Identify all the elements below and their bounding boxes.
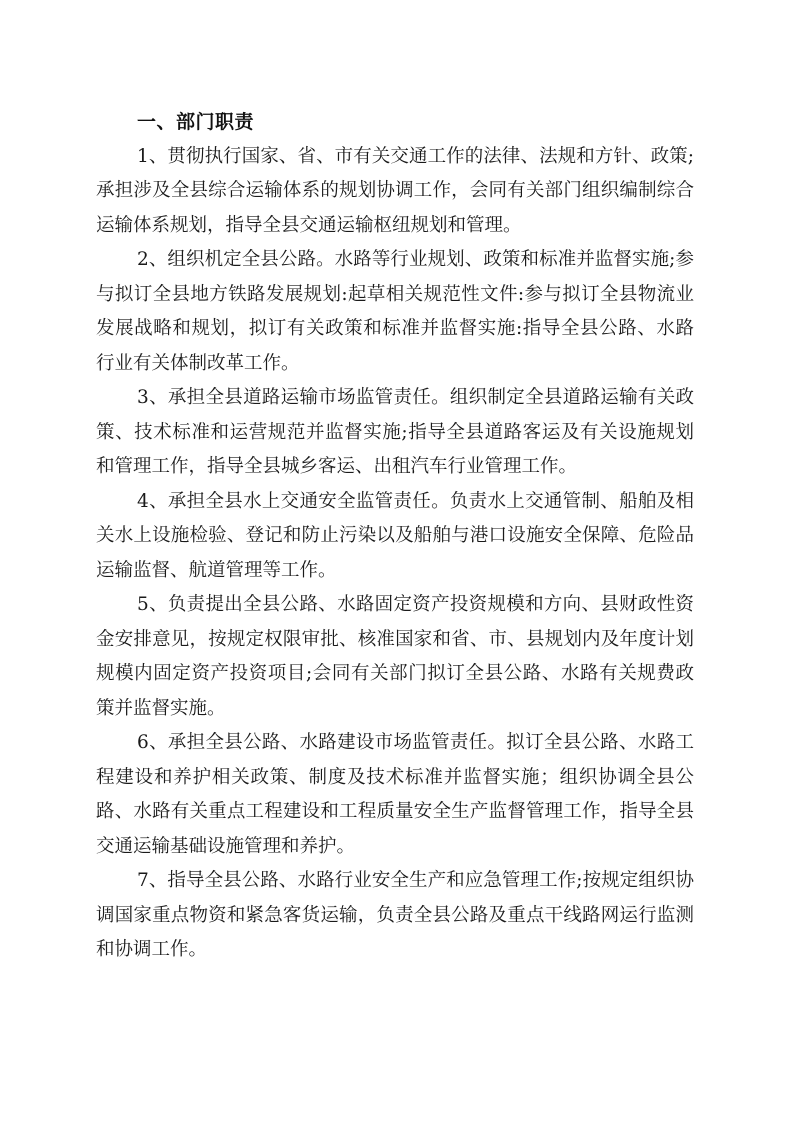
paragraph-3: 3、承担全县道路运输市场监管责任。组织制定全县道路运输有关政 策、技术标准和运营… (96, 381, 696, 485)
paragraph-line: 金安排意见，按规定权限审批、核准国家和省、市、县规划内及年度计划 (96, 623, 694, 658)
paragraph-line: 策并监督实施。 (96, 692, 694, 727)
paragraph-line: 2、组织机定全县公路。水路等行业规划、政策和标准并监督实施;参 (96, 243, 694, 278)
paragraph-line: 路、水路有关重点工程建设和工程质量安全生产监督管理工作，指导全县 (96, 795, 694, 830)
paragraph-line: 与拟订全县地方铁路发展规划:起草相关规范性文件:参与拟订全县物流业 (96, 278, 694, 313)
paragraph-line: 程建设和养护相关政策、制度及技术标准并监督实施；组织协调全县公 (96, 761, 694, 796)
paragraph-line: 4、承担全县水上交通安全监管责任。负责水上交通管制、船舶及相 (96, 485, 694, 520)
paragraph-1: 1、贯彻执行国家、省、市有关交通工作的法律、法规和方针、政策; 承担涉及全县综合… (96, 140, 696, 244)
paragraph-line: 6、承担全县公路、水路建设市场监管责任。拟订全县公路、水路工 (96, 726, 694, 761)
document-page: 一、部门职责 1、贯彻执行国家、省、市有关交通工作的法律、法规和方针、政策; 承… (0, 0, 793, 1122)
paragraph-line: 7、指导全县公路、水路行业安全生产和应急管理工作;按规定组织协 (96, 864, 694, 899)
paragraph-line: 关水上设施检验、登记和防止污染以及船舶与港口设施安全保障、危险品 (96, 519, 694, 554)
paragraph-line: 5、负责提出全县公路、水路固定资产投资规模和方向、县财政性资 (96, 588, 694, 623)
paragraph-line: 发展战略和规划，拟订有关政策和标准并监督实施:指导全县公路、水路 (96, 312, 694, 347)
paragraph-line: 和管理工作，指导全县城乡客运、出租汽车行业管理工作。 (96, 450, 694, 485)
paragraph-6: 6、承担全县公路、水路建设市场监管责任。拟订全县公路、水路工 程建设和养护相关政… (96, 726, 696, 864)
paragraph-5: 5、负责提出全县公路、水路固定资产投资规模和方向、县财政性资 金安排意见，按规定… (96, 588, 696, 726)
document-body: 一、部门职责 1、贯彻执行国家、省、市有关交通工作的法律、法规和方针、政策; 承… (96, 105, 696, 968)
paragraph-line: 规模内固定资产投资项目;会同有关部门拟订全县公路、水路有关规费政 (96, 657, 694, 692)
paragraph-line: 调国家重点物资和紧急客货运输，负责全县公路及重点干线路网运行监测 (96, 899, 694, 934)
paragraph-line: 行业有关体制改革工作。 (96, 347, 694, 382)
paragraph-line: 3、承担全县道路运输市场监管责任。组织制定全县道路运输有关政 (96, 381, 694, 416)
paragraph-line: 交通运输基础设施管理和养护。 (96, 830, 694, 865)
paragraph-line: 和协调工作。 (96, 933, 694, 968)
paragraph-line: 承担涉及全县综合运输体系的规划协调工作，会同有关部门组织编制综合 (96, 174, 694, 209)
paragraph-line: 策、技术标准和运营规范并监督实施;指导全县道路客运及有关设施规划 (96, 416, 694, 451)
paragraph-line: 1、贯彻执行国家、省、市有关交通工作的法律、法规和方针、政策; (96, 140, 694, 175)
paragraph-2: 2、组织机定全县公路。水路等行业规划、政策和标准并监督实施;参 与拟订全县地方铁… (96, 243, 696, 381)
paragraph-line: 运输体系规划，指导全县交通运输枢纽规划和管理。 (96, 209, 694, 244)
paragraph-line: 运输监督、航道管理等工作。 (96, 554, 694, 589)
paragraph-7: 7、指导全县公路、水路行业安全生产和应急管理工作;按规定组织协 调国家重点物资和… (96, 864, 696, 968)
section-heading: 一、部门职责 (96, 105, 696, 140)
paragraph-4: 4、承担全县水上交通安全监管责任。负责水上交通管制、船舶及相 关水上设施检验、登… (96, 485, 696, 589)
